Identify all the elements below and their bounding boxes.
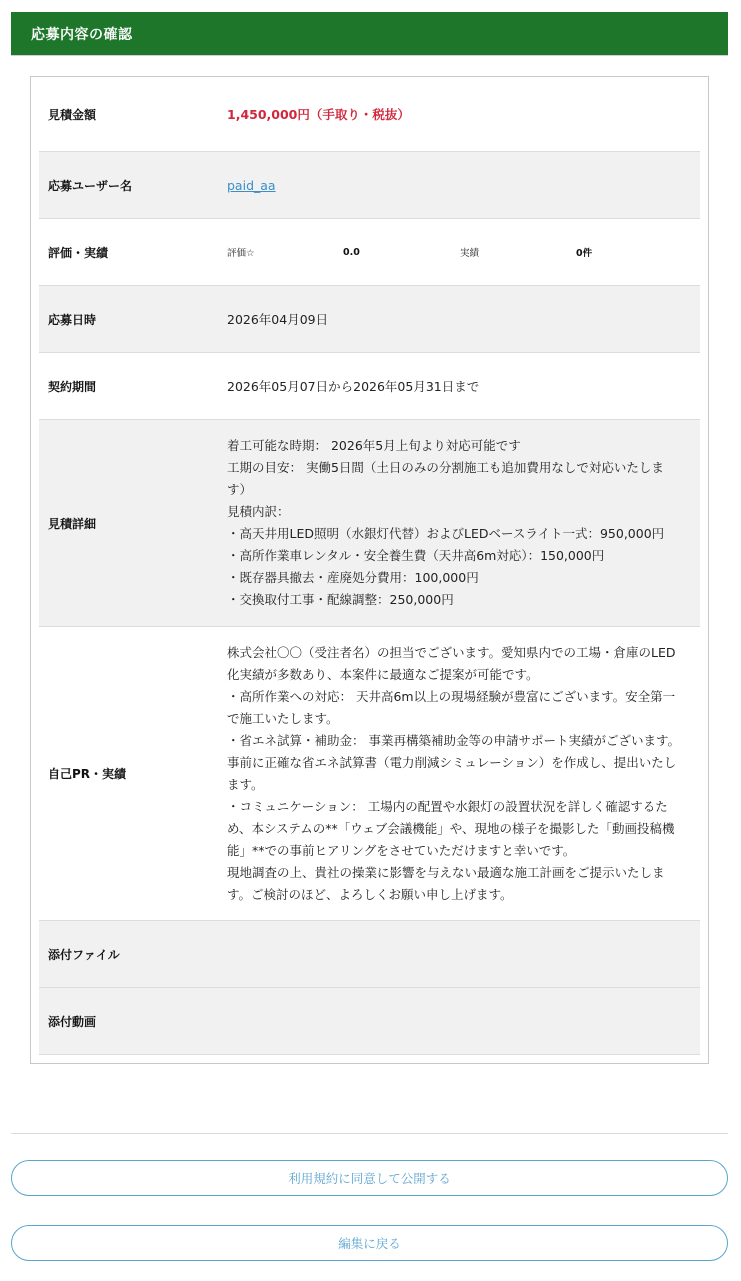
section-divider <box>11 1133 728 1134</box>
estimate-detail-value: 着工可能な時期： 2026年5月上旬より対応可能です 工期の目安： 実働5日間（… <box>227 435 700 611</box>
attached-file-label: 添付ファイル <box>39 946 227 963</box>
self-pr-label: 自己PR・実績 <box>39 765 227 782</box>
rating-summary: 評価☆ 0.0 実績 0件 <box>227 245 693 259</box>
row-attached-video: 添付動画 <box>39 988 700 1055</box>
record-value: 0件 <box>576 245 693 259</box>
rating-label: 評価・実績 <box>39 244 227 261</box>
page-title: 応募内容の確認 <box>31 24 133 44</box>
estimate-detail-label: 見積詳細 <box>39 515 227 532</box>
application-detail-card: 見積金額 1,450,000円（手取り・税抜） 応募ユーザー名 paid_aa … <box>30 76 709 1064</box>
contract-period-label: 契約期間 <box>39 378 227 395</box>
back-to-edit-button[interactable]: 編集に戻る <box>11 1225 728 1261</box>
attached-video-label: 添付動画 <box>39 1013 227 1030</box>
row-estimate-detail: 見積詳細 着工可能な時期： 2026年5月上旬より対応可能です 工期の目安： 実… <box>39 420 700 627</box>
page-header: 応募内容の確認 <box>11 12 728 56</box>
detail-table: 見積金額 1,450,000円（手取り・税抜） 応募ユーザー名 paid_aa … <box>39 77 700 1055</box>
self-pr-value: 株式会社〇〇（受注者名）の担当でございます。愛知県内での工場・倉庫のLED化実績… <box>227 642 700 906</box>
row-contract-period: 契約期間 2026年05月07日から2026年05月31日まで <box>39 353 700 420</box>
row-applied-date: 応募日時 2026年04月09日 <box>39 286 700 353</box>
applied-date-label: 応募日時 <box>39 311 227 328</box>
agree-and-publish-button[interactable]: 利用規約に同意して公開する <box>11 1160 728 1196</box>
user-profile-link[interactable]: paid_aa <box>227 178 276 193</box>
record-label: 実績 <box>460 245 576 259</box>
price-label: 見積金額 <box>39 106 227 123</box>
row-user: 応募ユーザー名 paid_aa <box>39 152 700 219</box>
rating-value: 0.0 <box>343 247 460 258</box>
row-rating: 評価・実績 評価☆ 0.0 実績 0件 <box>39 219 700 286</box>
price-value: 1,450,000円（手取り・税抜） <box>227 107 410 122</box>
applied-date-value: 2026年04月09日 <box>227 310 700 328</box>
row-price: 見積金額 1,450,000円（手取り・税抜） <box>39 77 700 152</box>
contract-period-value: 2026年05月07日から2026年05月31日まで <box>227 377 700 395</box>
application-confirm-page: 応募内容の確認 見積金額 1,450,000円（手取り・税抜） 応募ユーザー名 … <box>0 0 741 1281</box>
row-self-pr: 自己PR・実績 株式会社〇〇（受注者名）の担当でございます。愛知県内での工場・倉… <box>39 627 700 921</box>
row-attached-file: 添付ファイル <box>39 921 700 988</box>
rating-star-label: 評価☆ <box>227 245 343 259</box>
user-label: 応募ユーザー名 <box>39 177 227 194</box>
